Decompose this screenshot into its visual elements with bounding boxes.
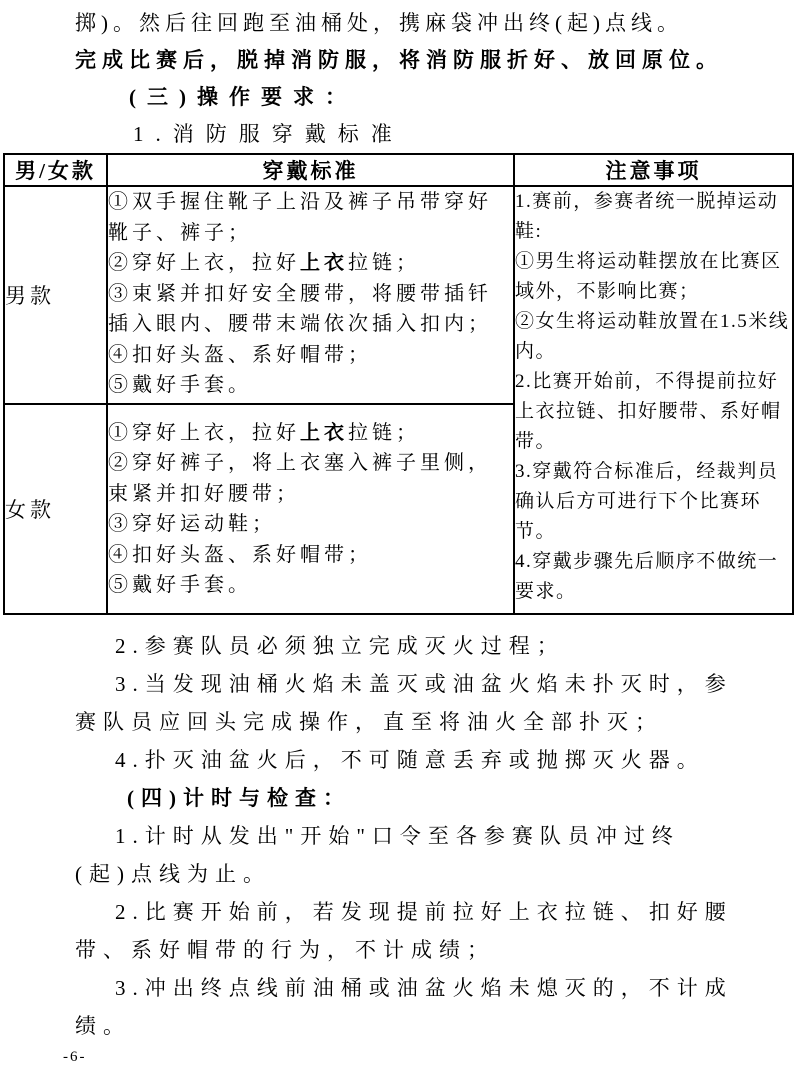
note-1a: ①男生将运动鞋摆放在比赛区域外，不影响比赛； bbox=[515, 247, 792, 307]
body-line-fire-not-out-1: 3.当发现油桶火焰未盖灭或油盆火焰未扑灭时，参 bbox=[75, 665, 742, 703]
note-2: 2.比赛开始前，不得提前拉好上衣拉链、扣好腰带、系好帽带。 bbox=[515, 367, 792, 457]
female-item1-bold-jacket: 上衣 bbox=[300, 422, 348, 444]
female-standard-item-5: ⑤戴好手套。 bbox=[108, 570, 513, 601]
body-line-timing-2: (起)点线为止。 bbox=[75, 855, 742, 893]
section-heading-3: (三)操作要求： bbox=[75, 79, 742, 116]
male-standard-cell: ①双手握住靴子上沿及裤子吊带穿好靴子、裤子； ②穿好上衣，拉好上衣拉链； ③束紧… bbox=[107, 186, 514, 404]
header-gender-style: 男/女款 bbox=[4, 154, 107, 186]
body-line-pre-start-2: 带、系好帽带的行为，不计成绩； bbox=[75, 931, 742, 969]
list-item-wear-standard: 1.消防服穿戴标准 bbox=[75, 116, 742, 153]
header-wear-standard: 穿戴标准 bbox=[107, 154, 514, 186]
male-standard-item-2: ②穿好上衣，拉好上衣拉链； bbox=[108, 248, 513, 279]
male-standard-item-5: ⑤戴好手套。 bbox=[108, 370, 513, 401]
male-standard-item-1: ①双手握住靴子上沿及裤子吊带穿好靴子、裤子； bbox=[108, 187, 513, 248]
female-standard-item-1: ①穿好上衣，拉好上衣拉链； bbox=[108, 418, 513, 449]
intro-line-2-bold: 完成比赛后，脱掉消防服，将消防服折好、放回原位。 bbox=[75, 42, 742, 79]
male-standard-item-3: ③束紧并扣好安全腰带，将腰带插钎插入眼内、腰带末端依次插入扣内； bbox=[108, 279, 513, 340]
male-item2-prefix: ②穿好上衣，拉好 bbox=[108, 252, 300, 274]
female-standard-item-3: ③穿好运动鞋； bbox=[108, 509, 513, 540]
lower-body-section: 2.参赛队员必须独立完成灭火过程； 3.当发现油桶火焰未盖灭或油盆火焰未扑灭时，… bbox=[0, 615, 800, 1045]
section-heading-4: (四)计时与检查： bbox=[75, 779, 742, 817]
note-1b: ②女生将运动鞋放置在1.5米线内。 bbox=[515, 307, 792, 367]
page-number: -6- bbox=[63, 1049, 800, 1065]
male-item2-bold-jacket: 上衣 bbox=[300, 252, 348, 274]
wear-standard-table: 男/女款 穿戴标准 注意事项 男款 ①双手握住靴子上沿及裤子吊带穿好靴子、裤子；… bbox=[3, 153, 794, 615]
table-row-male: 男款 ①双手握住靴子上沿及裤子吊带穿好靴子、裤子； ②穿好上衣，拉好上衣拉链； … bbox=[4, 186, 793, 404]
note-4: 4.穿戴步骤先后顺序不做统一要求。 bbox=[515, 547, 792, 607]
note-1: 1.赛前，参赛者统一脱掉运动鞋: bbox=[515, 187, 792, 247]
male-item2-suffix: 拉链； bbox=[348, 252, 420, 274]
body-line-no-throw-extinguisher: 4.扑灭油盆火后，不可随意丢弃或抛掷灭火器。 bbox=[75, 741, 742, 779]
male-standard-item-4: ④扣好头盔、系好帽带； bbox=[108, 340, 513, 371]
female-standard-item-4: ④扣好头盔、系好帽带； bbox=[108, 540, 513, 571]
body-line-finish-line-1: 3.冲出终点线前油桶或油盆火焰未熄灭的，不计成 bbox=[75, 969, 742, 1007]
document-page: 掷)。然后往回跑至油桶处，携麻袋冲出终(起)点线。 完成比赛后，脱掉消防服，将消… bbox=[0, 0, 800, 1065]
body-line-fire-not-out-2: 赛队员应回头完成操作，直至将油火全部扑灭； bbox=[75, 703, 742, 741]
body-line-pre-start-1: 2.比赛开始前，若发现提前拉好上衣拉链、扣好腰 bbox=[75, 893, 742, 931]
intro-line-1: 掷)。然后往回跑至油桶处，携麻袋冲出终(起)点线。 bbox=[75, 5, 742, 42]
header-notes: 注意事项 bbox=[514, 154, 793, 186]
table-header-row: 男/女款 穿戴标准 注意事项 bbox=[4, 154, 793, 186]
note-3: 3.穿戴符合标准后，经裁判员确认后方可进行下个比赛环节。 bbox=[515, 457, 792, 547]
female-row-label: 女款 bbox=[4, 404, 107, 614]
intro-section: 掷)。然后往回跑至油桶处，携麻袋冲出终(起)点线。 完成比赛后，脱掉消防服，将消… bbox=[0, 0, 800, 153]
female-standard-item-2: ②穿好裤子，将上衣塞入裤子里侧，束紧并扣好腰带； bbox=[108, 448, 513, 509]
female-standard-cell: ①穿好上衣，拉好上衣拉链； ②穿好裤子，将上衣塞入裤子里侧，束紧并扣好腰带； ③… bbox=[107, 404, 514, 614]
female-item1-prefix: ①穿好上衣，拉好 bbox=[108, 422, 300, 444]
body-line-timing-1: 1.计时从发出"开始"口令至各参赛队员冲过终 bbox=[75, 817, 742, 855]
female-item1-suffix: 拉链； bbox=[348, 422, 420, 444]
body-line-finish-line-2: 绩。 bbox=[75, 1007, 742, 1045]
male-row-label: 男款 bbox=[4, 186, 107, 404]
body-line-independent: 2.参赛队员必须独立完成灭火过程； bbox=[75, 627, 742, 665]
notes-cell: 1.赛前，参赛者统一脱掉运动鞋: ①男生将运动鞋摆放在比赛区域外，不影响比赛； … bbox=[514, 186, 793, 614]
